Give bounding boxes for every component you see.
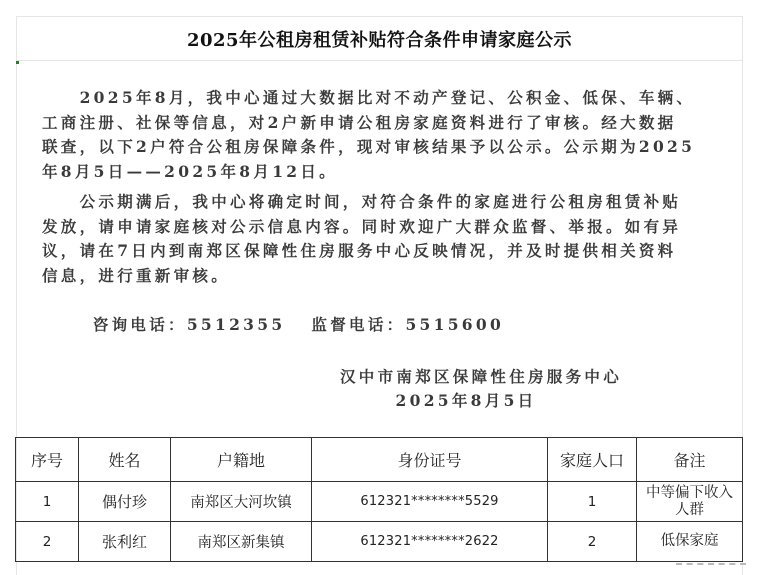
cell-hukou: 南郑区新集镇 (171, 522, 312, 562)
cell-remark: 低保家庭 (637, 522, 743, 562)
text-line: 公示期满后，我中心将确定时间，对符合条件的家庭进行公租房租赁补贴 (42, 190, 732, 215)
header-index: 序号 (16, 438, 79, 482)
table-row: 2 张利红 南郑区新集镇 612321********2622 2 低保家庭 (16, 522, 743, 562)
supervise-phone: 5515600 (405, 315, 504, 334)
paragraph-disbursement: 公示期满后，我中心将确定时间，对符合条件的家庭进行公租房租赁补贴 发放，请申请家… (42, 190, 732, 288)
consult-phone-label: 咨询电话： (93, 315, 187, 334)
cell-name: 张利红 (79, 522, 171, 562)
cell-index: 1 (16, 482, 79, 522)
cell-household-size: 1 (548, 482, 637, 522)
issuing-organization: 汉中市南郑区保障性住房服务中心 (340, 365, 622, 389)
header-household-size: 家庭人口 (548, 438, 637, 482)
table-header-row: 序号 姓名 户籍地 身份证号 家庭人口 备注 (16, 438, 743, 482)
title-bar: 2025年公租房租赁补贴符合条件申请家庭公示 (17, 17, 742, 61)
cell-name: 偶付珍 (79, 482, 171, 522)
text-line: 2025年8月，我中心通过大数据比对不动产登记、公积金、低保、车辆、 (42, 86, 732, 111)
paragraph-audit: 2025年8月，我中心通过大数据比对不动产登记、公积金、低保、车辆、 工商注册、… (42, 86, 732, 184)
supervise-phone-label: 监督电话： (311, 315, 405, 334)
page-title: 2025年公租房租赁补贴符合条件申请家庭公示 (187, 26, 572, 52)
header-hukou: 户籍地 (171, 438, 312, 482)
applicant-table: 序号 姓名 户籍地 身份证号 家庭人口 备注 1 偶付珍 南郑区大河坎镇 612… (15, 437, 743, 562)
cell-id-number: 612321********2622 (312, 522, 548, 562)
table-row: 1 偶付珍 南郑区大河坎镇 612321********5529 1 中等偏下收… (16, 482, 743, 522)
text-line: 发放，请申请家庭核对公示信息内容。同时欢迎广大群众监督、举报。如有异 (42, 215, 732, 240)
text-line: 年8月5日——2025年8月12日。 (42, 160, 732, 185)
header-name: 姓名 (79, 438, 171, 482)
cell-remark: 中等偏下收入人群 (637, 482, 743, 522)
watermark-mark (676, 563, 746, 566)
consult-phone: 5512355 (187, 315, 286, 334)
signature-block: 汉中市南郑区保障性住房服务中心 2025年8月5日 (340, 365, 622, 413)
contact-line: 咨询电话：5512355监督电话：5515600 (58, 288, 504, 362)
text-line: 联查，以下2户符合公租房保障条件，现对审核结果予以公示。公示期为2025 (42, 135, 732, 160)
text-line: 信息，进行重新审核。 (42, 264, 732, 289)
cell-household-size: 2 (548, 522, 637, 562)
text-line: 工商注册、社保等信息，对2户新申请公租房家庭资料进行了审核。经大数据 (42, 111, 732, 136)
cell-id-number: 612321********5529 (312, 482, 548, 522)
cell-index: 2 (16, 522, 79, 562)
header-remark: 备注 (637, 438, 743, 482)
cell-hukou: 南郑区大河坎镇 (171, 482, 312, 522)
text-line: 议，请在7日内到南郑区保障性住房服务中心反映情况，并及时提供相关资料 (42, 239, 732, 264)
header-id-number: 身份证号 (312, 438, 548, 482)
corner-marker (16, 61, 19, 64)
issue-date: 2025年8月5日 (310, 389, 622, 413)
